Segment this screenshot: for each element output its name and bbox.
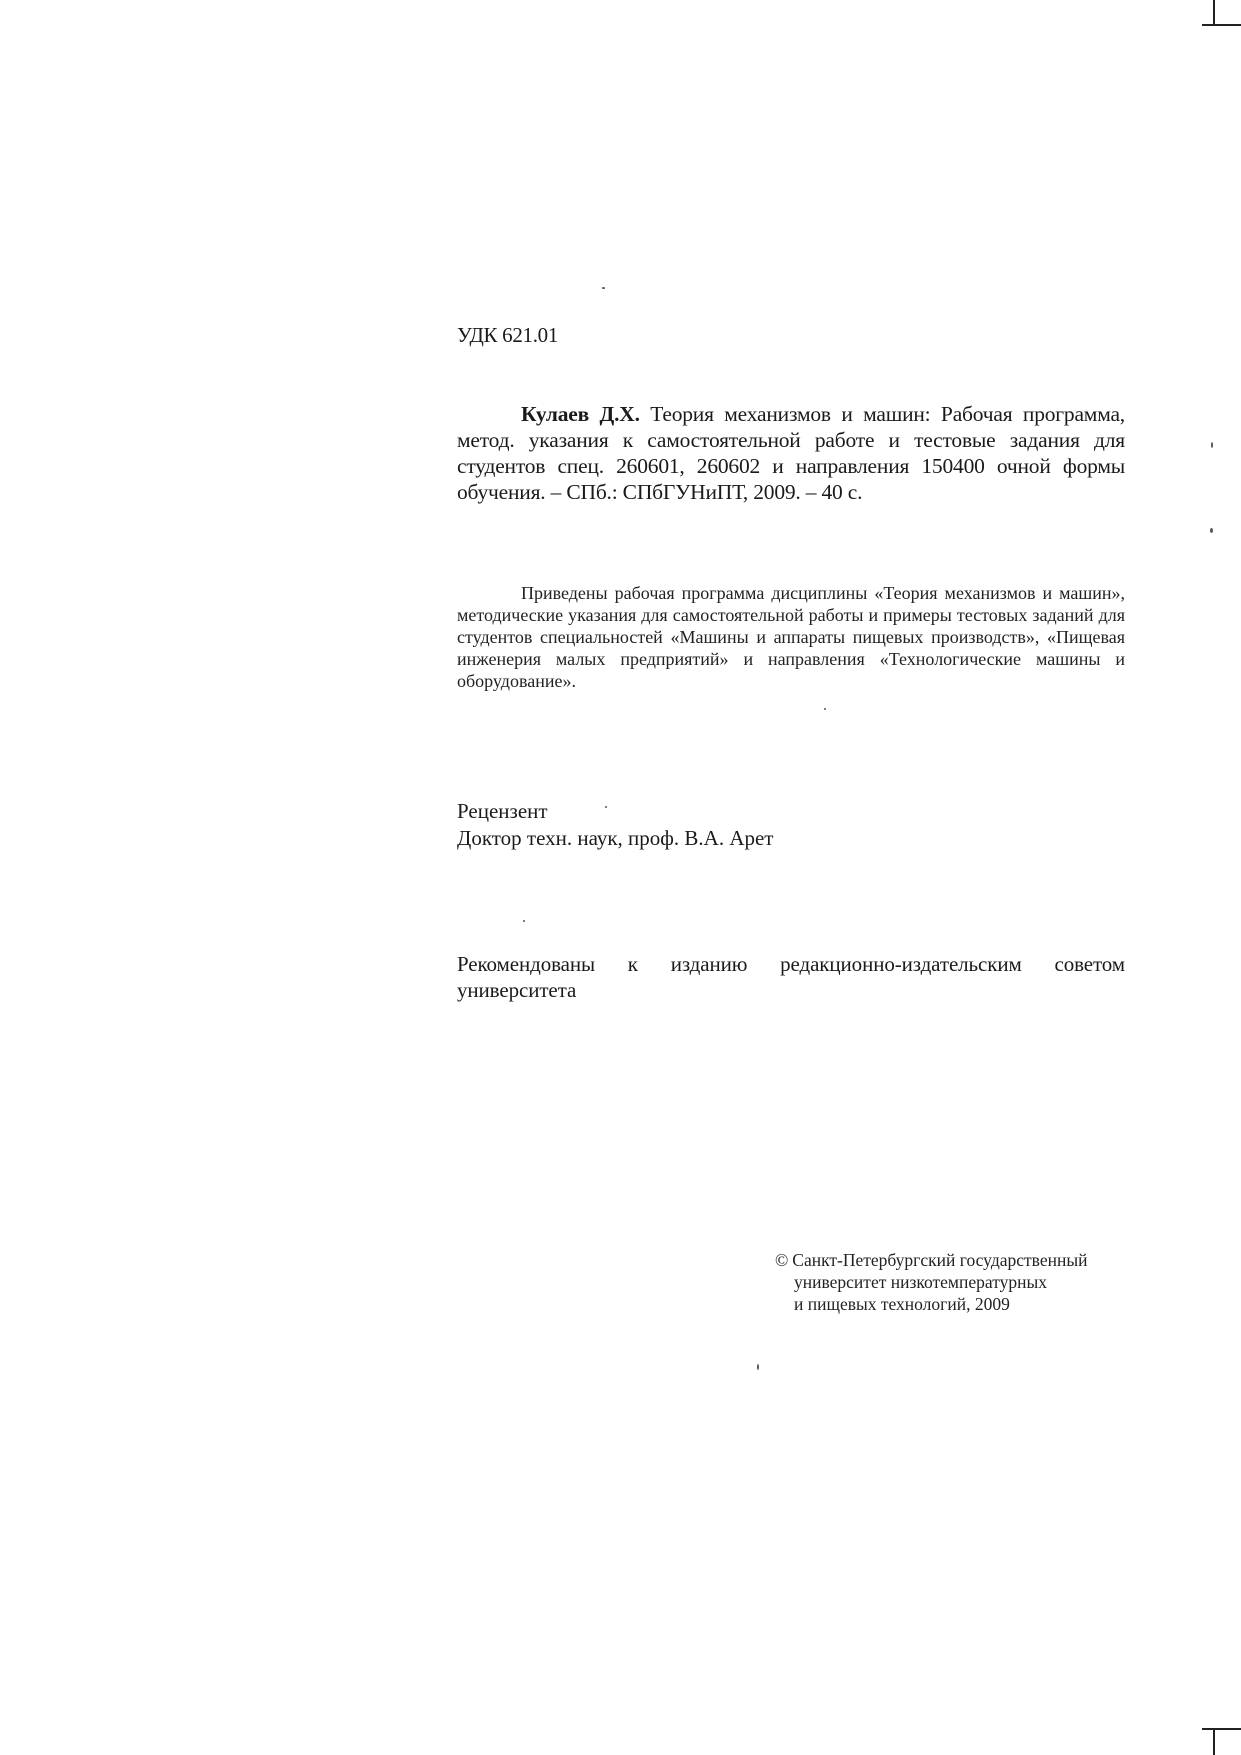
- scan-speck: [523, 920, 525, 922]
- publication-recommendation: Рекомендованы к изданию редакционно-изда…: [457, 951, 1125, 1003]
- reviewer-name: Доктор техн. наук, проф. В.А. Арет: [457, 825, 1125, 852]
- crop-mark-bottom-right-vertical: [1213, 1728, 1215, 1755]
- scan-speck: [602, 287, 605, 289]
- crop-mark-top-right-horizontal: [1202, 24, 1241, 26]
- reviewer-section: Рецензент Доктор техн. наук, проф. В.А. …: [457, 798, 1125, 851]
- bibliographic-citation: Кулаев Д.Х. Теория механизмов и машин: Р…: [457, 401, 1125, 505]
- copyright-line-2: университет низкотемпературных: [775, 1271, 1135, 1293]
- copyright-line-3: и пищевых технологий, 2009: [775, 1293, 1135, 1315]
- copyright-symbol-icon: ©: [775, 1250, 788, 1270]
- crop-mark-bottom-right-horizontal: [1202, 1728, 1241, 1730]
- udk-code: УДК 621.01: [457, 322, 1125, 348]
- copyright-notice: ©Санкт-Петербургский государственный уни…: [775, 1249, 1135, 1315]
- crop-mark-top-right-vertical: [1213, 0, 1215, 26]
- reviewer-label: Рецензент: [457, 798, 1125, 825]
- scan-speck: [1211, 442, 1213, 448]
- scan-speck: [1210, 528, 1213, 533]
- scan-speck: [757, 1364, 759, 1370]
- abstract-paragraph: Приведены рабочая программа дисциплины «…: [457, 582, 1125, 692]
- copyright-line-1: Санкт-Петербургский государственный: [792, 1250, 1087, 1270]
- scan-speck: [824, 708, 826, 710]
- document-page: УДК 621.01 Кулаев Д.Х. Теория механизмов…: [0, 0, 1241, 1755]
- citation-author: Кулаев Д.Х.: [521, 402, 640, 426]
